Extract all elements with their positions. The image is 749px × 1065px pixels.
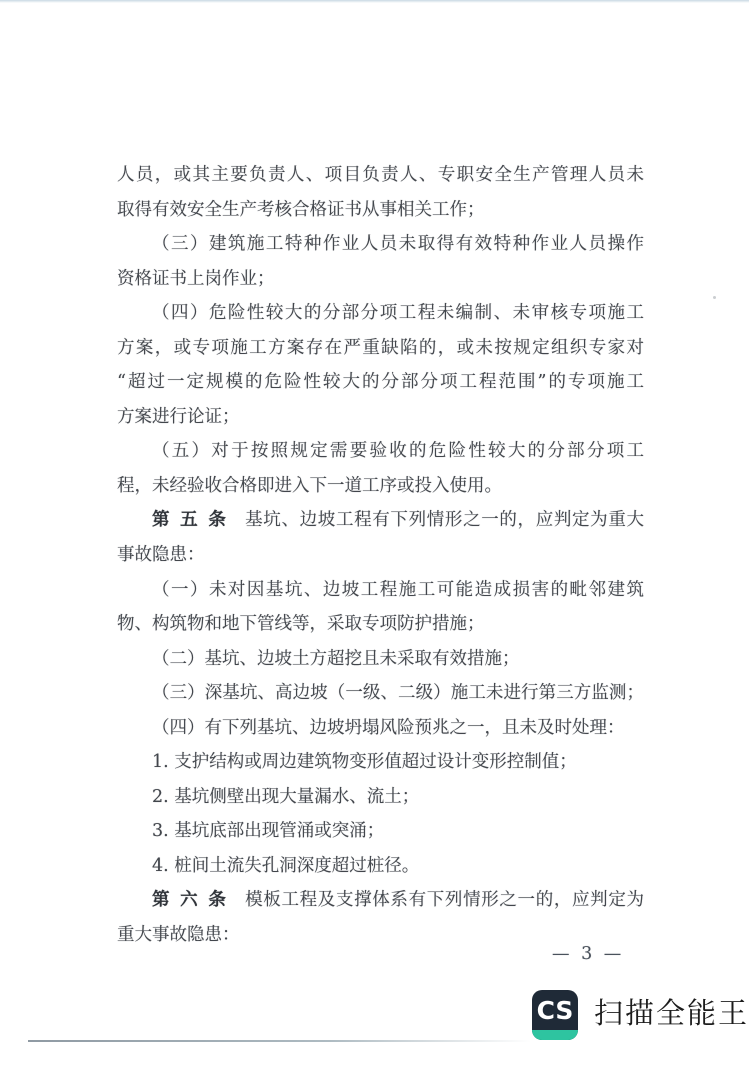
scan-speck bbox=[713, 296, 716, 299]
text-line: （四）有下列基坑、边坡坍塌风险预兆之一，且未及时处理： bbox=[117, 711, 644, 746]
text-line-content: 事故隐患： bbox=[117, 545, 205, 565]
scan-edge-line bbox=[28, 1040, 531, 1042]
text-line-content: 人员，或其主要负责人、项目负责人、专职安全生产管理人员未 bbox=[117, 165, 644, 185]
text-line-content: “超过一定规模的危险性较大的分部分项工程范围”的专项施工 bbox=[117, 372, 644, 392]
text-line: 3. 基坑底部出现管涌或突涌； bbox=[117, 814, 644, 849]
text-line: 资格证书上岗作业； bbox=[117, 262, 644, 297]
text-line: 取得有效安全生产考核合格证书从事相关工作； bbox=[117, 193, 644, 228]
text-line: 程，未经验收合格即进入下一道工序或投入使用。 bbox=[117, 469, 644, 504]
text-line-content: 1. 支护结构或周边建筑物变形值超过设计变形控制值； bbox=[152, 752, 577, 772]
text-line-content: 4. 桩间土流失孔洞深度超过桩径。 bbox=[152, 856, 419, 876]
text-line: 方案进行论证； bbox=[117, 400, 644, 435]
text-line-content: 方案，或专项施工方案存在严重缺陷的，或未按规定组织专家对 bbox=[117, 338, 644, 358]
text-line: 第六条模板工程及支撑体系有下列情形之一的，应判定为 bbox=[117, 883, 644, 918]
text-line: （四）危险性较大的分部分项工程未编制、未审核专项施工 bbox=[117, 296, 644, 331]
scanned-document-page: 人员，或其主要负责人、项目负责人、专职安全生产管理人员未取得有效安全生产考核合格… bbox=[0, 0, 749, 1065]
document-lines: 人员，或其主要负责人、项目负责人、专职安全生产管理人员未取得有效安全生产考核合格… bbox=[117, 158, 644, 953]
text-line: 1. 支护结构或周边建筑物变形值超过设计变形控制值； bbox=[117, 745, 644, 780]
scan-top-edge bbox=[0, 0, 749, 3]
text-line: （五）对于按照规定需要验收的危险性较大的分部分项工 bbox=[117, 434, 644, 469]
text-line-content: 3. 基坑底部出现管涌或突涌； bbox=[152, 821, 384, 841]
text-line: （一）未对因基坑、边坡工程施工可能造成损害的毗邻建筑 bbox=[117, 573, 644, 608]
text-line: 物、构筑物和地下管线等，采取专项防护措施； bbox=[117, 607, 644, 642]
text-line: 人员，或其主要负责人、项目负责人、专职安全生产管理人员未 bbox=[117, 158, 644, 193]
text-line: 方案，或专项施工方案存在严重缺陷的，或未按规定组织专家对 bbox=[117, 331, 644, 366]
camscanner-icon: CS bbox=[532, 990, 578, 1040]
text-line: 2. 基坑侧壁出现大量漏水、流土； bbox=[117, 780, 644, 815]
text-line: （三）深基坑、高边坡（一级、二级）施工未进行第三方监测； bbox=[117, 676, 644, 711]
text-line-content: （二）基坑、边坡土方超挖且未采取有效措施； bbox=[152, 649, 520, 669]
text-line-content: 资格证书上岗作业； bbox=[117, 269, 275, 289]
text-line: “超过一定规模的危险性较大的分部分项工程范围”的专项施工 bbox=[117, 365, 644, 400]
text-line-content: 模板工程及支撑体系有下列情形之一的，应判定为 bbox=[244, 890, 644, 910]
camscanner-icon-strip bbox=[532, 1030, 578, 1040]
text-line-content: （五）对于按照规定需要验收的危险性较大的分部分项工 bbox=[152, 441, 644, 461]
text-line-content: 2. 基坑侧壁出现大量漏水、流土； bbox=[152, 787, 419, 807]
page-number: — 3 — bbox=[552, 944, 632, 964]
text-line: 第五条基坑、边坡工程有下列情形之一的，应判定为重大 bbox=[117, 503, 644, 538]
text-line-content: （四）危险性较大的分部分项工程未编制、未审核专项施工 bbox=[152, 303, 644, 323]
text-line-content: 重大事故隐患： bbox=[117, 925, 240, 945]
camscanner-icon-letters: CS bbox=[532, 990, 578, 1030]
text-line-content: 基坑、边坡工程有下列情形之一的，应判定为重大 bbox=[244, 510, 644, 530]
document-body: 人员，或其主要负责人、项目负责人、专职安全生产管理人员未取得有效安全生产考核合格… bbox=[117, 158, 644, 953]
text-line-content: （一）未对因基坑、边坡工程施工可能造成损害的毗邻建筑 bbox=[152, 580, 644, 600]
text-line: （二）基坑、边坡土方超挖且未采取有效措施； bbox=[117, 642, 644, 677]
text-line-content: 取得有效安全生产考核合格证书从事相关工作； bbox=[117, 200, 485, 220]
text-line-content: （三）深基坑、高边坡（一级、二级）施工未进行第三方监测； bbox=[152, 683, 644, 703]
text-line-content: （四）有下列基坑、边坡坍塌风险预兆之一，且未及时处理： bbox=[152, 718, 625, 738]
text-line: 4. 桩间土流失孔洞深度超过桩径。 bbox=[117, 849, 644, 884]
camscanner-wordmark: 扫描全能王 bbox=[594, 994, 749, 1032]
text-line-content: 物、构筑物和地下管线等，采取专项防护措施； bbox=[117, 614, 485, 634]
text-line: 事故隐患： bbox=[117, 538, 644, 573]
text-line: （三）建筑施工特种作业人员未取得有效特种作业人员操作 bbox=[117, 227, 644, 262]
article-number: 第五条 bbox=[152, 510, 236, 530]
text-line-content: （三）建筑施工特种作业人员未取得有效特种作业人员操作 bbox=[152, 234, 644, 254]
text-line-content: 方案进行论证； bbox=[117, 407, 240, 427]
text-line-content: 程，未经验收合格即进入下一道工序或投入使用。 bbox=[117, 476, 502, 496]
article-number: 第六条 bbox=[152, 890, 236, 910]
